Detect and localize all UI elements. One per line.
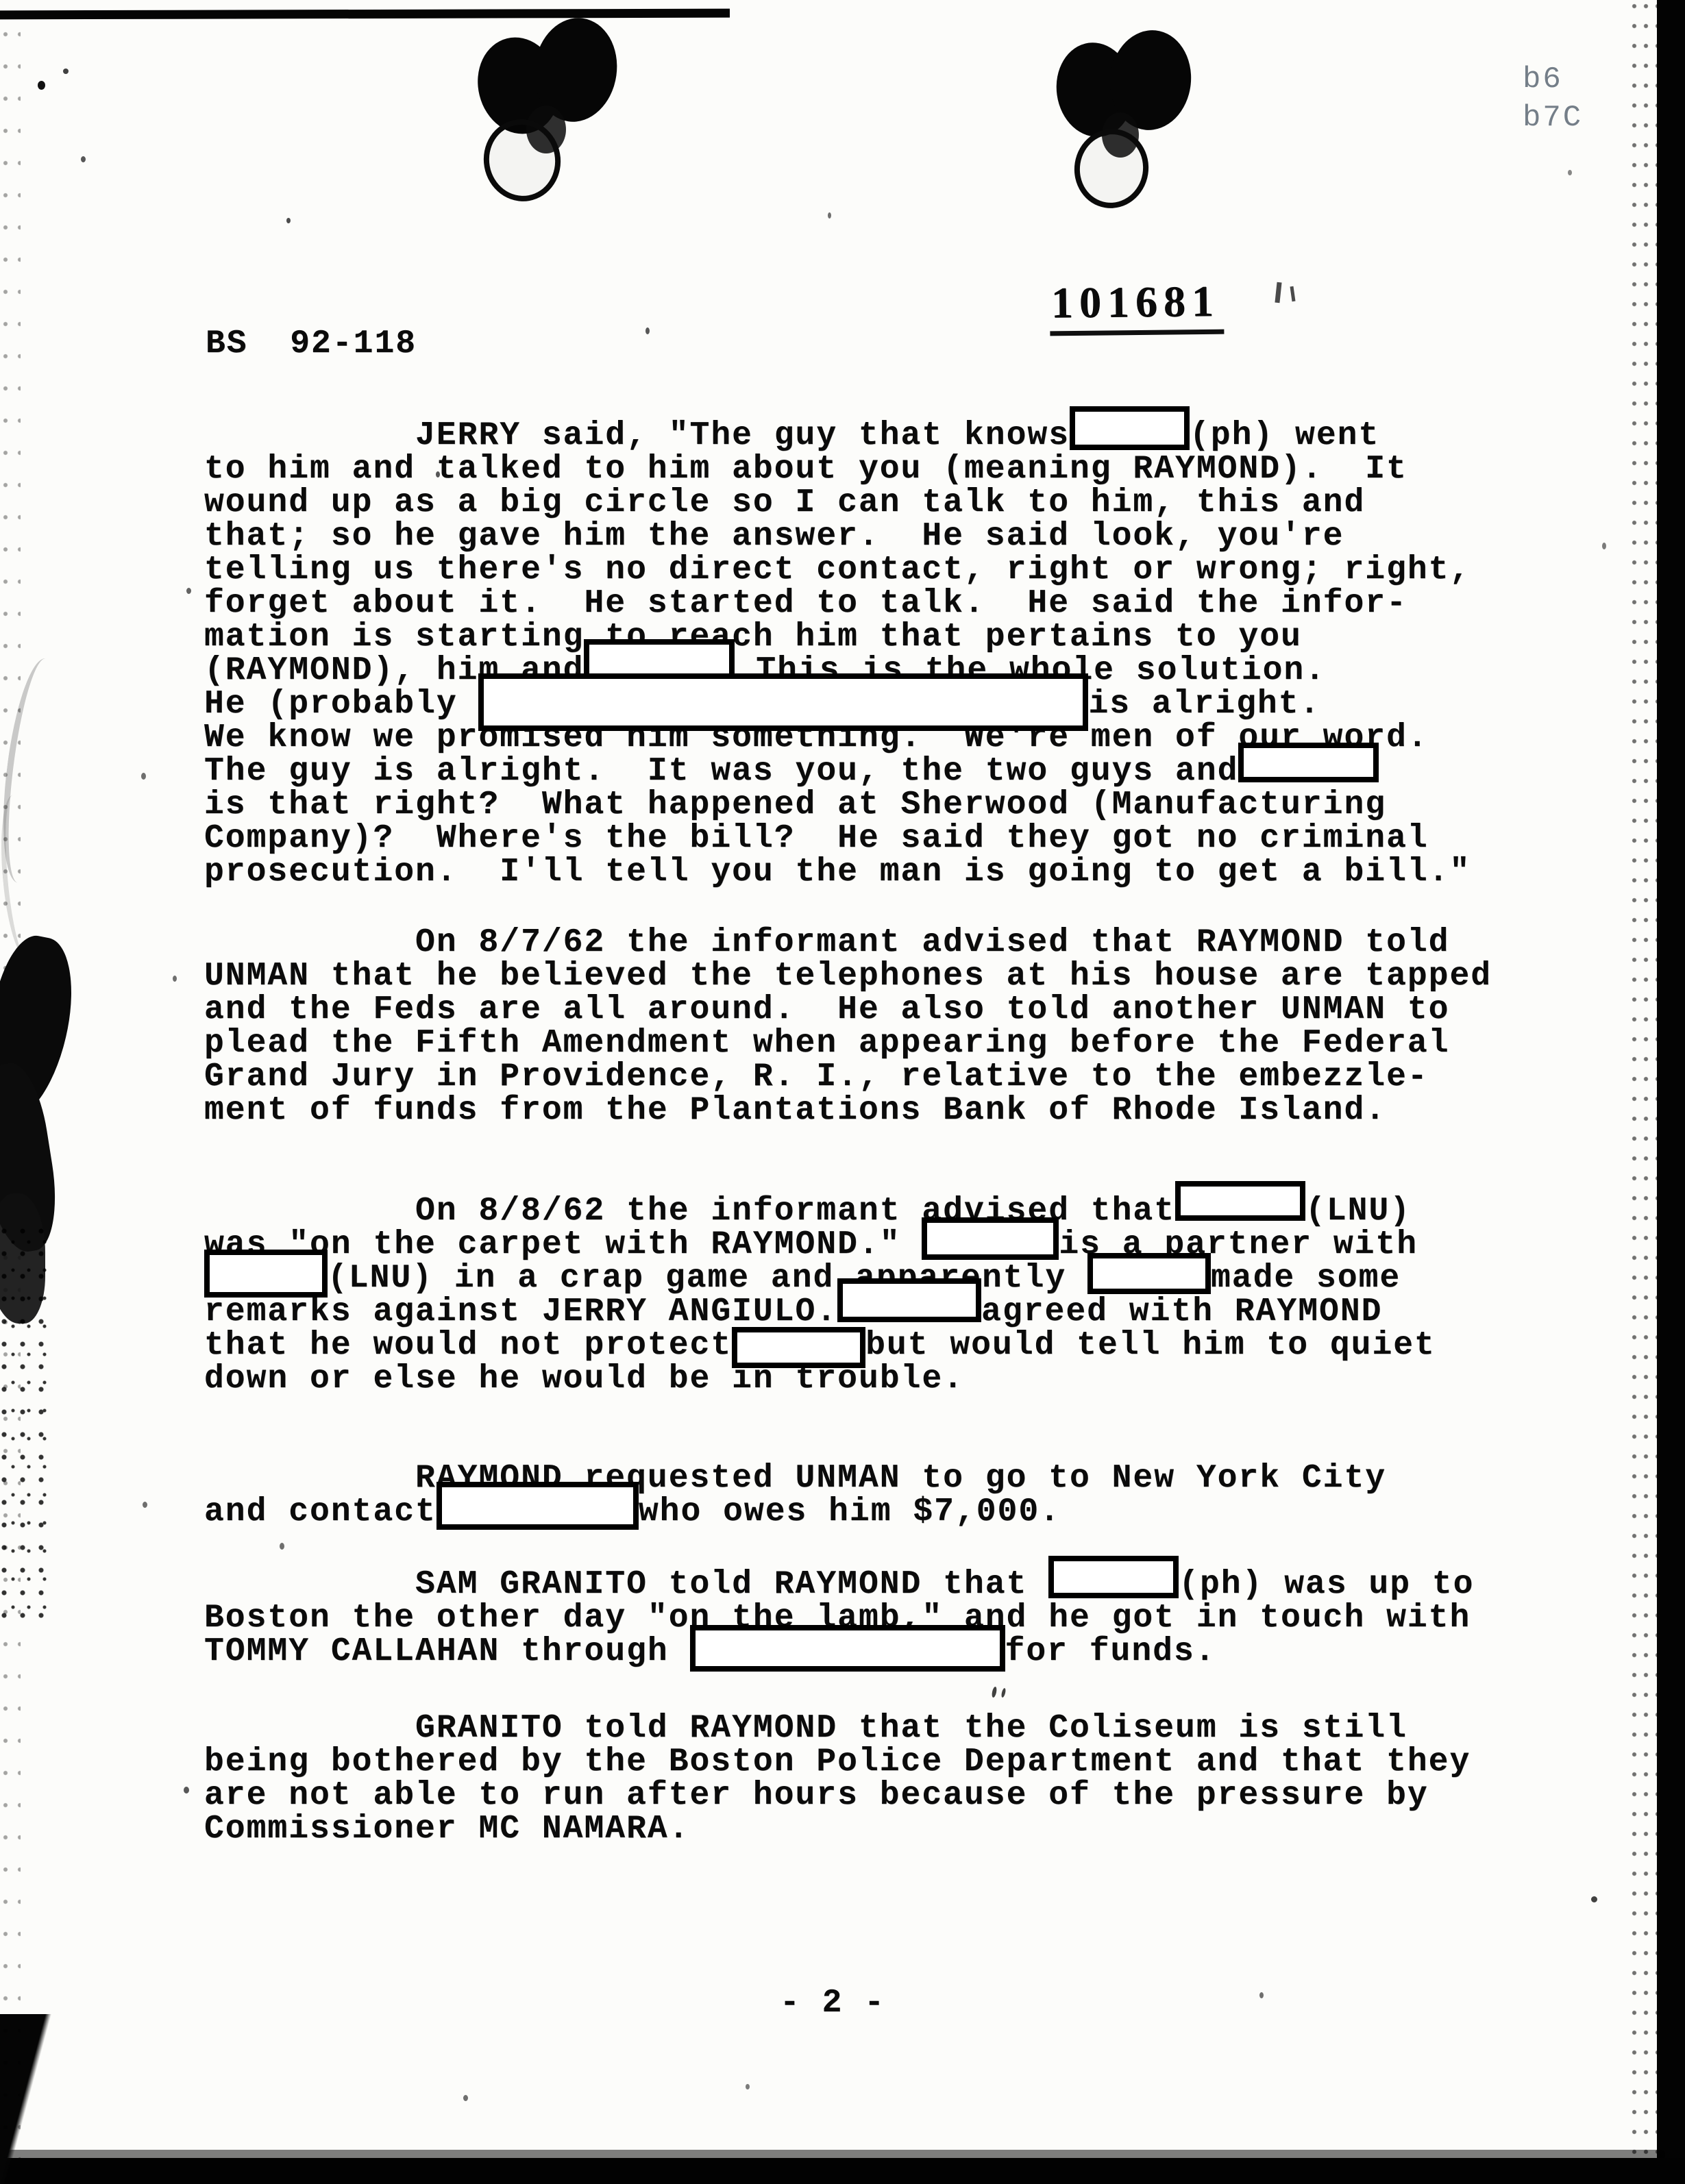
- ink-speck: [463, 2095, 468, 2101]
- redaction-box: [204, 1250, 328, 1298]
- document-body: JERRY said, "The guy that knows(ph) went…: [204, 419, 1575, 1846]
- ink-speck: [828, 212, 831, 219]
- redaction-box: [690, 1625, 1005, 1672]
- ink-speck: [1568, 170, 1572, 175]
- paragraph: RAYMOND requested UNMAN to go to New Yor…: [204, 1462, 1575, 1529]
- classification-marks: b6 b7C: [1523, 60, 1583, 137]
- ink-speck: [141, 773, 146, 780]
- file-number: BS 92-118: [206, 327, 417, 361]
- ink-speck: [645, 327, 650, 334]
- redaction-box: [922, 1217, 1059, 1260]
- ink-smudge-speckles: [0, 1226, 53, 1624]
- paragraph: GRANITO told RAYMOND that the Coliseum i…: [204, 1712, 1575, 1846]
- paragraph: SAM GRANITO told RAYMOND that (ph) was u…: [204, 1568, 1575, 1669]
- paragraph: On 8/7/62 the informant advised that RAY…: [204, 926, 1575, 1128]
- scan-artifact-right-edge: [1657, 0, 1685, 2184]
- redaction-box: [1238, 743, 1379, 782]
- classification-mark-b6: b6: [1523, 60, 1583, 99]
- redaction-box: [837, 1278, 981, 1322]
- ink-mark: [1275, 282, 1281, 303]
- serial-stamp: 101681: [1050, 276, 1225, 336]
- scan-artifact-right-speckles: [1629, 0, 1657, 2184]
- redaction-box: [436, 1482, 639, 1530]
- scan-artifact-bottom-edge: [0, 2158, 1685, 2184]
- ink-speck: [1259, 1992, 1264, 1998]
- ink-speck: [436, 471, 440, 477]
- ink-speck: [38, 81, 45, 90]
- scanned-document-page: b6 b7C 101681 BS 92-118 JERRY said, "The…: [0, 0, 1685, 2184]
- redaction-box: [1175, 1181, 1305, 1221]
- redaction-box: [1087, 1253, 1211, 1294]
- ink-speck: [63, 69, 69, 74]
- punch-mark-left: [478, 18, 629, 182]
- ink-speck: [186, 588, 191, 594]
- ink-speck: [1591, 1896, 1597, 1902]
- ink-speck: [173, 976, 177, 982]
- ink-speck: [81, 156, 86, 162]
- ink-mark: [1290, 286, 1295, 301]
- redaction-box: [1070, 406, 1190, 450]
- page-number: - 2 -: [780, 1987, 885, 2020]
- ink-speck: [286, 218, 291, 223]
- ink-speck: [184, 1787, 189, 1794]
- ink-speck: [746, 2084, 750, 2089]
- redaction-box: [478, 673, 1088, 731]
- paragraph: JERRY said, "The guy that knows(ph) went…: [204, 419, 1575, 889]
- ink-speck: [1602, 543, 1606, 549]
- redaction-box: [732, 1327, 865, 1368]
- classification-mark-b7c: b7C: [1523, 99, 1583, 137]
- redaction-box: [1048, 1556, 1179, 1598]
- ink-speck: [280, 1543, 284, 1550]
- paragraph: On 8/8/62 the informant advised that(LNU…: [204, 1195, 1575, 1396]
- ink-speck: [143, 1502, 147, 1508]
- punch-mark-right: [1057, 30, 1201, 188]
